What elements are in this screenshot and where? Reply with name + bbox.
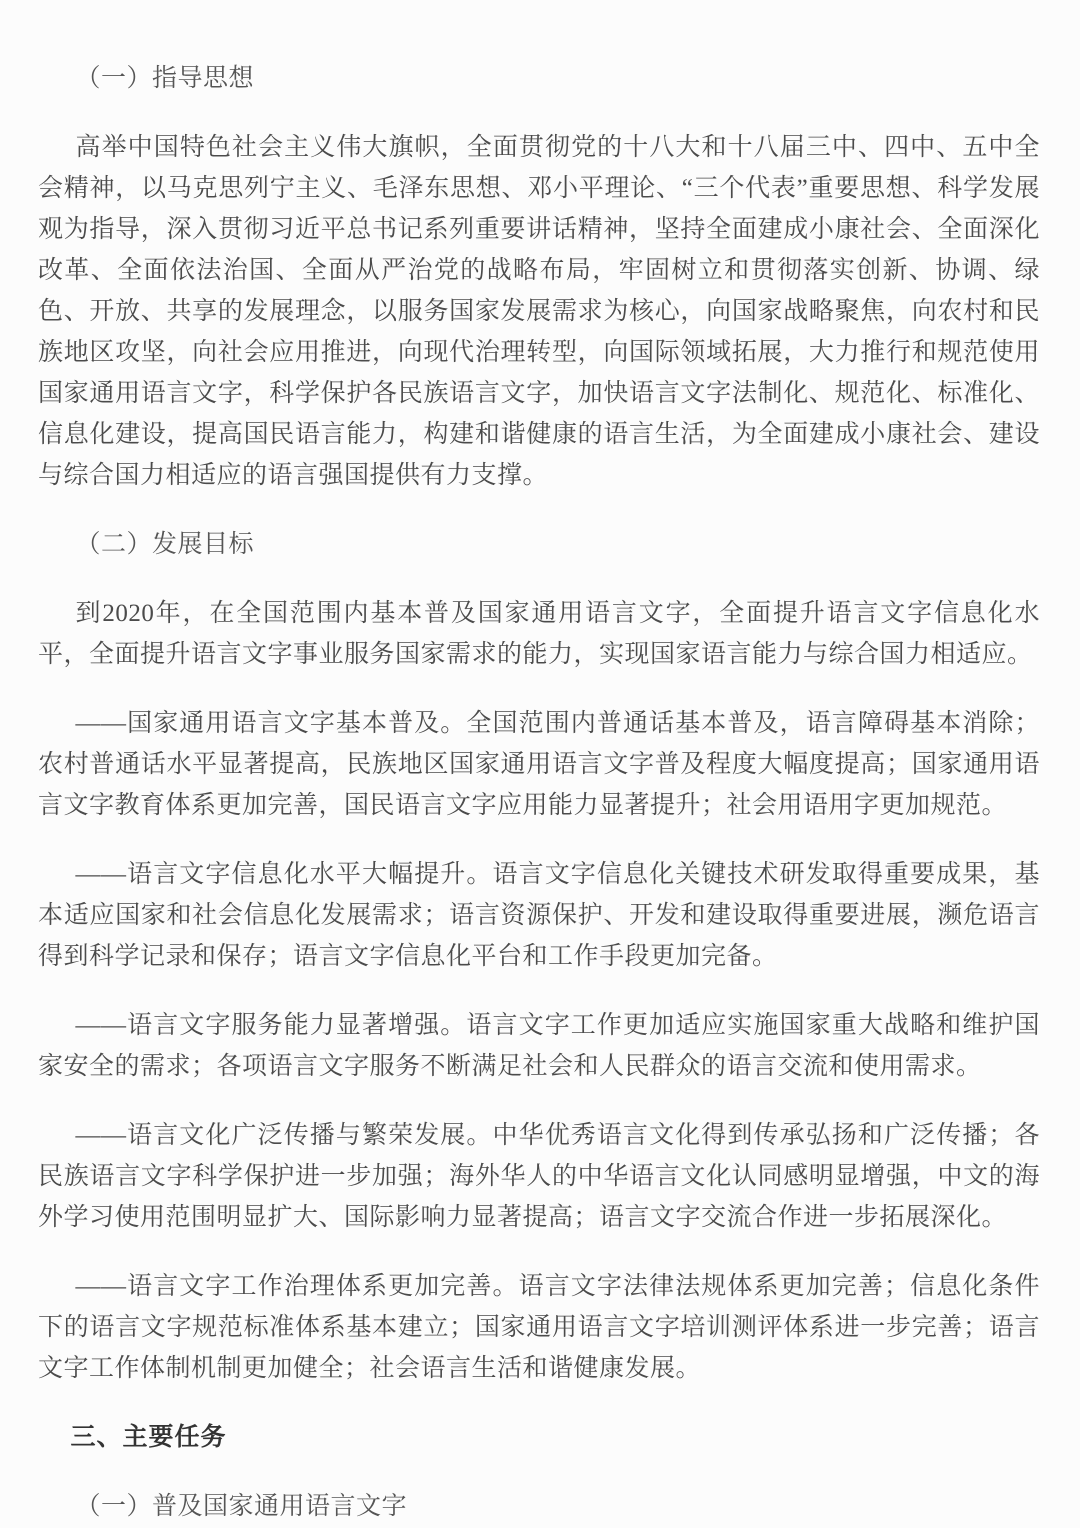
paragraph-guiding-ideology: 高举中国特色社会主义伟大旗帜，全面贯彻党的十八大和十八届三中、四中、五中全会精神…	[38, 127, 1040, 496]
paragraph-goal-governance-system: ——语言文字工作治理体系更加完善。语言文字法律法规体系更加完善；信息化条件下的语…	[38, 1266, 1040, 1389]
paragraph-goal-language-popularization: ——国家通用语言文字基本普及。全国范围内普通话基本普及，语言障碍基本消除；农村普…	[38, 703, 1040, 826]
subsection-heading-promote-national-language: （一）普及国家通用语言文字	[38, 1486, 1040, 1527]
subsection-heading-guiding-ideology: （一）指导思想	[38, 58, 1040, 99]
paragraph-goal-service-capacity: ——语言文字服务能力显著增强。语言文字工作更加适应实施国家重大战略和维护国家安全…	[38, 1005, 1040, 1087]
document-page: （一）指导思想 高举中国特色社会主义伟大旗帜，全面贯彻党的十八大和十八届三中、四…	[0, 0, 1080, 1527]
subsection-heading-development-goals: （二）发展目标	[38, 524, 1040, 565]
chapter-heading-main-tasks: 三、主要任务	[38, 1417, 1040, 1458]
paragraph-2020-overall-goal: 到2020年，在全国范围内基本普及国家通用语言文字，全面提升语言文字信息化水平，…	[38, 593, 1040, 675]
paragraph-goal-informatization: ——语言文字信息化水平大幅提升。语言文字信息化关键技术研发取得重要成果，基本适应…	[38, 854, 1040, 977]
paragraph-goal-culture-spread: ——语言文化广泛传播与繁荣发展。中华优秀语言文化得到传承弘扬和广泛传播；各民族语…	[38, 1115, 1040, 1238]
